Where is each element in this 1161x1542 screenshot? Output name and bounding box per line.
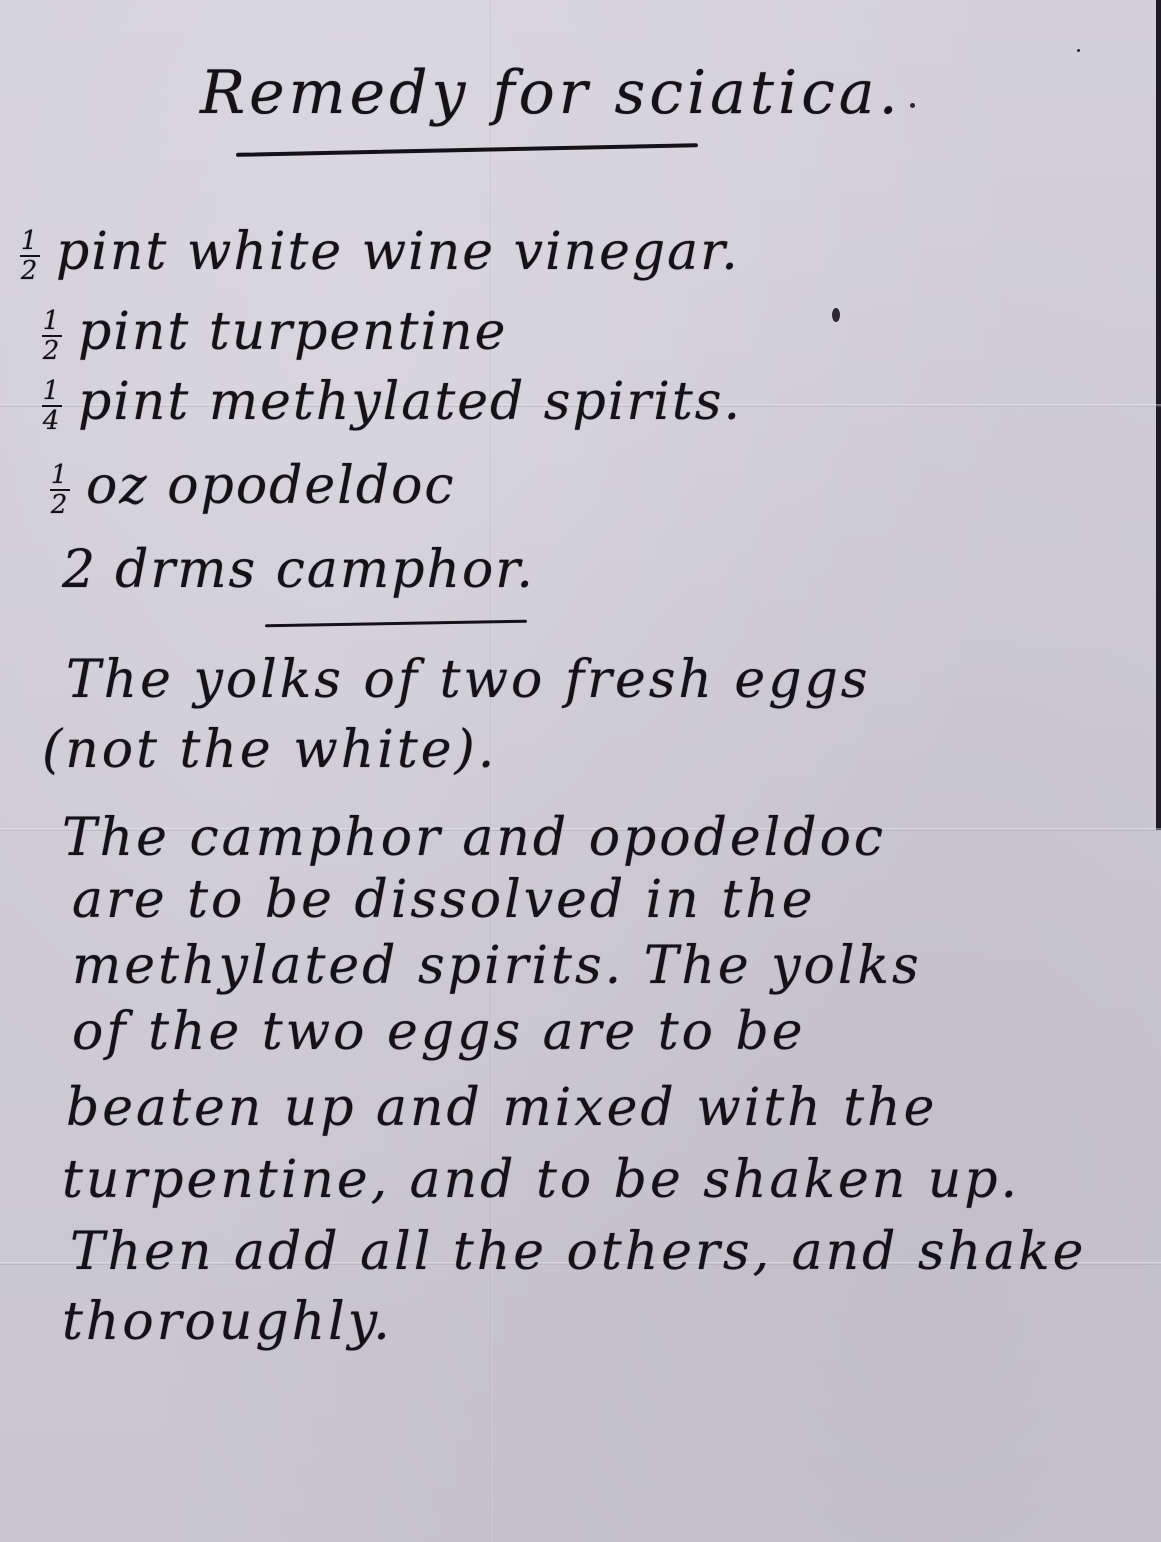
ingredient-line: 12pint white wine vinegar. — [20, 222, 740, 284]
ingredient-quantity: 2 — [62, 540, 97, 600]
fraction: 12 — [20, 228, 40, 284]
fraction: 14 — [42, 378, 62, 434]
ingredient-line: 12pint turpentine — [42, 302, 507, 364]
instruction-line: thoroughly. — [62, 1292, 393, 1352]
instruction-line: (not the white). — [42, 720, 497, 780]
ingredient-text: pint turpentine — [78, 302, 507, 362]
ingredient-text: drms camphor. — [115, 540, 535, 600]
ink-spot — [832, 308, 840, 322]
instruction-line: The yolks of two fresh eggs — [66, 650, 870, 710]
ingredient-line: 12oz opodeldoc — [50, 456, 456, 518]
instruction-line: The camphor and opodeldoc — [62, 808, 886, 868]
ink-spot — [1077, 49, 1080, 52]
instruction-line: beaten up and mixed with the — [66, 1078, 937, 1138]
ingredient-line: 14pint methylated spirits. — [42, 372, 742, 434]
instruction-line: methylated spirits. The yolks — [72, 936, 922, 996]
instruction-line: Then add all the others, and shake — [70, 1222, 1086, 1282]
instruction-line: turpentine, and to be shaken up. — [62, 1150, 1020, 1210]
ingredient-text: pint white wine vinegar. — [56, 222, 740, 282]
paper-edge-shadow — [1156, 0, 1161, 830]
ink-spot — [910, 103, 915, 108]
ingredient-line: 2drms camphor. — [62, 540, 535, 600]
ingredient-text: oz opodeldoc — [86, 456, 456, 516]
document-title: Remedy for sciatica. — [200, 58, 902, 128]
fraction: 12 — [50, 462, 70, 518]
instruction-line: are to be dissolved in the — [72, 870, 816, 930]
fraction: 12 — [42, 308, 62, 364]
instruction-line: of the two eggs are to be — [72, 1002, 806, 1062]
ingredient-text: pint methylated spirits. — [78, 372, 742, 432]
